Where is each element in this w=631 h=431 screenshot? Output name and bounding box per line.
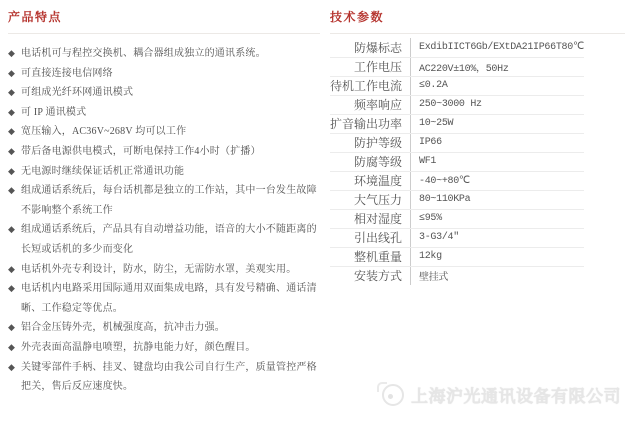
- feature-item: 带后备电源供电模式，可断电保持工作4小时（扩播）: [8, 142, 320, 162]
- feature-item: 电话机外壳专利设计，防水，防尘，无需防水罩，美观实用。: [8, 260, 320, 280]
- spec-row: 频率响应 250~3000 Hz: [330, 95, 584, 114]
- spec-label: 环境温度: [330, 171, 411, 190]
- feature-item: 无电源时继续保证话机正常通讯功能: [8, 162, 320, 182]
- spec-label: 防腐等级: [330, 152, 411, 171]
- spec-value: 80~110KPa: [411, 190, 584, 209]
- spec-row: 扩音输出功率 10~25W: [330, 114, 584, 133]
- spec-label: 待机工作电流: [330, 76, 411, 95]
- spec-value: 10~25W: [411, 114, 584, 133]
- spec-value: 250~3000 Hz: [411, 95, 584, 114]
- spec-row: 引出线孔 3-G3/4″: [330, 228, 584, 247]
- feature-item: 可组成光纤环网通讯模式: [8, 83, 320, 103]
- spec-value: AC220V±10%，50Hz: [411, 57, 584, 76]
- spec-label: 扩音输出功率: [330, 114, 411, 133]
- feature-item: 电话机可与程控交换机、耦合器组成独立的通讯系统。: [8, 44, 320, 64]
- spec-label: 工作电压: [330, 57, 411, 76]
- spec-label: 相对湿度: [330, 209, 411, 228]
- features-title: 产品特点: [8, 8, 320, 26]
- feature-item: 关键零部件手柄、挂叉、键盘均由我公司自行生产，质量管控严格把关，售后反应速度快。: [8, 358, 320, 397]
- spec-value: ExdibIICT6Gb/EXtDA21IP66T80℃: [411, 38, 584, 57]
- spec-row: 整机重量 12kg: [330, 247, 584, 266]
- spec-row: 防腐等级 WF1: [330, 152, 584, 171]
- spec-value: 3-G3/4″: [411, 228, 584, 247]
- spec-label: 防护等级: [330, 133, 411, 152]
- company-watermark: 上海沪光通讯设备有限公司: [382, 382, 621, 407]
- spec-value: ≤0.2A: [411, 76, 584, 95]
- product-spec-page: { "page": { "background": "#ffffff", "ac…: [0, 0, 631, 431]
- feature-item: 宽压输入，AC36V~268V 均可以工作: [8, 122, 320, 142]
- spec-row: 工作电压 AC220V±10%，50Hz: [330, 57, 584, 76]
- spec-label: 整机重量: [330, 247, 411, 266]
- feature-item: 组成通话系统后，每台话机都是独立的工作站，其中一台发生故障不影响整个系统工作: [8, 181, 320, 220]
- product-features-section: 产品特点 电话机可与程控交换机、耦合器组成独立的通讯系统。 可直接连接电信网络 …: [8, 8, 320, 397]
- spec-row: 大气压力 80~110KPa: [330, 190, 584, 209]
- spec-value: WF1: [411, 152, 584, 171]
- spec-value: 壁挂式: [411, 266, 584, 285]
- spec-label: 频率响应: [330, 95, 411, 114]
- spec-value: -40~+80℃: [411, 171, 584, 190]
- spec-label: 防爆标志: [330, 38, 411, 57]
- specs-title: 技术参数: [330, 8, 625, 26]
- spec-value: IP66: [411, 133, 584, 152]
- technical-parameters-section: 技术参数 防爆标志 ExdibIICT6Gb/EXtDA21IP66T80℃ 工…: [330, 8, 625, 285]
- spec-row: 环境温度 -40~+80℃: [330, 171, 584, 190]
- features-title-divider: [8, 33, 320, 34]
- features-list: 电话机可与程控交换机、耦合器组成独立的通讯系统。 可直接连接电信网络 可组成光纤…: [8, 44, 320, 397]
- spec-value: ≤95%: [411, 209, 584, 228]
- company-name: 上海沪光通讯设备有限公司: [411, 382, 621, 407]
- spec-label: 引出线孔: [330, 228, 411, 247]
- spec-row: 相对湿度 ≤95%: [330, 209, 584, 228]
- feature-item: 组成通话系统后，产品具有自动增益功能，语音的大小不随距离的长短或话机的多少而变化: [8, 220, 320, 259]
- spec-row: 待机工作电流 ≤0.2A: [330, 76, 584, 95]
- feature-item: 铝合金压铸外壳，机械强度高，抗冲击力强。: [8, 318, 320, 338]
- feature-item: 可 IP 通讯模式: [8, 103, 320, 123]
- company-logo-icon: [382, 384, 404, 406]
- spec-value: 12kg: [411, 247, 584, 266]
- spec-label: 大气压力: [330, 190, 411, 209]
- feature-item: 电话机内电路采用国际通用双面集成电路，具有发号精确、通话清晰、工作稳定等优点。: [8, 279, 320, 318]
- feature-item: 可直接连接电信网络: [8, 64, 320, 84]
- spec-row: 安装方式 壁挂式: [330, 266, 584, 285]
- specs-title-divider: [330, 33, 625, 34]
- spec-row: 防爆标志 ExdibIICT6Gb/EXtDA21IP66T80℃: [330, 38, 584, 57]
- spec-row: 防护等级 IP66: [330, 133, 584, 152]
- spec-table: 防爆标志 ExdibIICT6Gb/EXtDA21IP66T80℃ 工作电压 A…: [330, 38, 584, 285]
- spec-label: 安装方式: [330, 266, 411, 285]
- feature-item: 外壳表面高温静电喷塑，抗静电能力好，颜色醒目。: [8, 338, 320, 358]
